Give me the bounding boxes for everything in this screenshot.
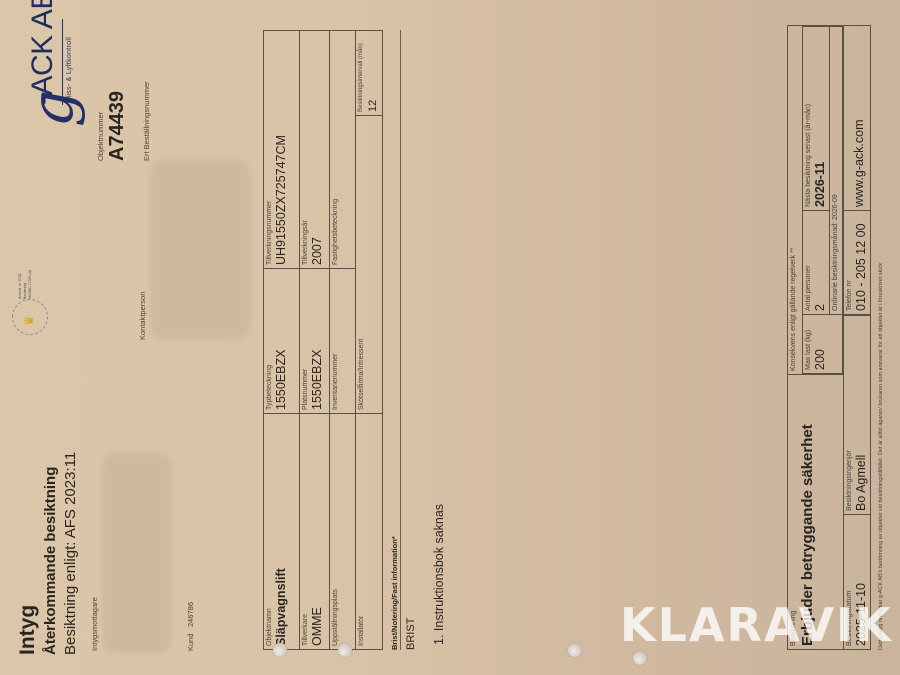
consequence-cell: Konsekvens enligt gällande regelverk ** [788,26,802,374]
redacted-recipient [102,453,172,653]
document-title: Intyg [16,605,40,655]
regulation-line: Besiktning enligt: AFS 2023:11 [62,452,79,655]
punch-hole [633,651,647,665]
cell-uppstallningsplats: Uppställningsplats [330,413,356,649]
cell-tillverkningsnummer: Tillverkningsnummer UH91550ZX725747CM [264,31,300,268]
notes-item: 1. Instruktionsbok saknas [432,504,446,645]
punch-hole [338,643,352,657]
object-info-table: Objektnamn Släpvagnslift Typbeteckning 1… [263,30,383,650]
section-divider [400,30,401,650]
logo-underline [62,19,63,105]
customer-label: Kund [186,633,195,651]
assessment-box: Bedömning Erbjuder betryggande säkerhet … [787,25,871,650]
engineer-cell: Besiktningsingenjör Bo Agmell [843,315,871,515]
company-tagline: Hiss- & Lyftkontroll [66,37,73,101]
cell-besiktningsintervall: Besiktningsintervall (mån) 12 [356,31,382,115]
contact-label: Kontaktperson [138,292,147,340]
watermark-logo: KLARAVIK [620,598,893,652]
persons-cell: Antal personer 2 [802,210,830,315]
punch-hole [273,643,287,657]
cell-typbeteckning: Typbeteckning 1550EBZX [264,268,300,413]
order-number-label: Ert Beställningsnummer [142,81,151,161]
cell-skotselfirma: Skötselfirma/Intressent [356,115,382,413]
company-logo: g -ACK AB Hiss- & Lyftkontroll [22,17,94,127]
seal-meta: Ackred. nr. 8728 Besiktning ISO/IEC 1702… [18,270,33,299]
certificate-page: Intyg Återkommande besiktning Besiktning… [0,0,900,675]
cell-objektnamn: Objektnamn Släpvagnslift [264,413,300,649]
notes-header: Brist/Notering/Fast information* [390,536,399,650]
object-number-label: Objektnummer [96,112,105,161]
cell-installator: Installatör [356,413,382,649]
object-number: A74439 [106,91,129,161]
max-load-cell: Max last (kg) 200 [802,314,843,374]
swedac-accreditation-seal: ♛ Ackred. nr. 8728 Besiktning ISO/IEC 17… [12,283,50,335]
company-name: -ACK AB [26,0,60,105]
customer-number: 246786 [186,602,195,627]
cell-tillverkningsar: Tillverkningsår 2007 [300,31,330,268]
document-subtitle: Återkommande besiktning [42,467,59,655]
cell-platsnummer: Platsnummer 1550EBZX [300,268,330,413]
footer-disclaimer: Detta intyg redovisar g-ACK AB's bedömni… [878,263,884,650]
next-inspection-cell: Nästa besiktning senast (år-mån) 2026-11 [802,26,830,211]
notes-category: BRIST [405,618,417,650]
recipient-label: Intygsmottagare [90,597,99,651]
cell-tillverkare: Tillverkare OMME [300,413,330,649]
cell-fastighetsbeteckning: Fastighetsbeteckning [330,31,356,268]
phone-cell: Telefon nr 010 - 205 12 00 [843,210,871,315]
ordinary-month-cell: Ordinarie besiktningsmånad: 2026-09 [829,26,843,315]
punch-hole [568,643,582,657]
website-cell: www.g-ack.com [843,26,871,211]
redacted-contact [150,160,250,340]
cell-inventarienummer: Inventarienummer [330,268,356,413]
crown-icon: ♛ [22,315,36,326]
document-photo: Intyg Återkommande besiktning Besiktning… [0,0,900,675]
